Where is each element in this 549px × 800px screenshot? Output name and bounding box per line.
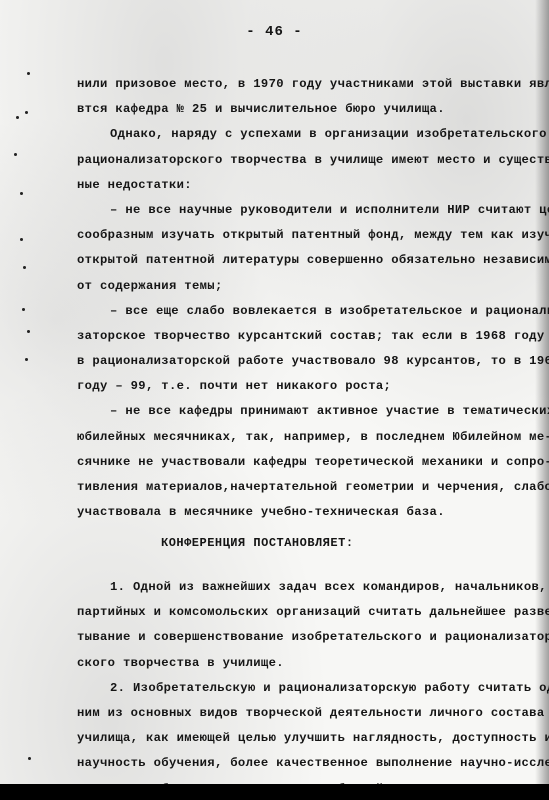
margin-mark <box>16 116 19 119</box>
text-line: году – 99, т.е. почти нет никакого роста… <box>77 374 547 399</box>
scan-bottom-border <box>0 784 549 800</box>
text-line: – не все научные руководители и исполнит… <box>77 198 547 223</box>
text-line: открытой патентной литературы совершенно… <box>77 248 547 273</box>
text-line: в рационализаторской работе участвовало … <box>77 349 547 374</box>
text-line: сообразным изучать открытый патентный фо… <box>77 223 547 248</box>
margin-mark <box>28 757 31 760</box>
text-line: участвовала в месячнике учебно-техническ… <box>77 500 547 525</box>
margin-mark <box>22 308 25 311</box>
text-line: рационализаторского творчества в училище… <box>77 148 547 173</box>
text-line: ним из основных видов творческой деятель… <box>77 701 547 726</box>
text-line: училища, как имеющей целью улучшить нагл… <box>77 726 547 751</box>
text-line: 1. Одной из важнейших задач всех команди… <box>77 575 547 600</box>
text-line: юбилейных месячниках, так, например, в п… <box>77 425 547 450</box>
text-line: 2. Изобретательскую и рационализаторскую… <box>77 676 547 701</box>
margin-mark <box>25 111 28 114</box>
text-line: – все еще слабо вовлекается в изобретате… <box>77 299 547 324</box>
text-line: ского творчества в училище. <box>77 651 547 676</box>
body-text-section-2: 1. Одной из важнейших задач всех команди… <box>77 575 547 800</box>
margin-mark <box>23 266 26 269</box>
text-line: – не все кафедры принимают активное учас… <box>77 399 547 424</box>
text-line: от содержания темы; <box>77 274 547 299</box>
text-line: тывание и совершенствование изобретатель… <box>77 625 547 650</box>
text-line: Однако, наряду с успехами в организации … <box>77 122 547 147</box>
text-line: тивления материалов,начертательной геоме… <box>77 475 547 500</box>
margin-mark <box>20 238 23 241</box>
text-line: нили призовое место, в 1970 году участни… <box>77 72 547 97</box>
body-text-section-1: нили призовое место, в 1970 году участни… <box>77 72 547 525</box>
page-number: - 46 - <box>0 24 549 40</box>
text-line: втся кафедра № 25 и вычислительное бюро … <box>77 97 547 122</box>
text-line: сячнике не участвовали кафедры теоретиче… <box>77 450 547 475</box>
resolution-heading: КОНФЕРЕНЦИЯ ПОСТАНОВЛЯЕТ: <box>161 536 354 550</box>
text-line: научность обучения, более качественное в… <box>77 751 547 776</box>
text-line: ные недостатки: <box>77 173 547 198</box>
document-page: - 46 - нили призовое место, в 1970 году … <box>0 0 549 800</box>
margin-mark <box>20 192 23 195</box>
margin-mark <box>27 330 30 333</box>
margin-mark <box>14 153 17 156</box>
text-line: партийных и комсомольских организаций сч… <box>77 600 547 625</box>
margin-mark <box>27 72 30 75</box>
margin-mark <box>25 358 28 361</box>
text-line: заторское творчество курсантский состав;… <box>77 324 547 349</box>
